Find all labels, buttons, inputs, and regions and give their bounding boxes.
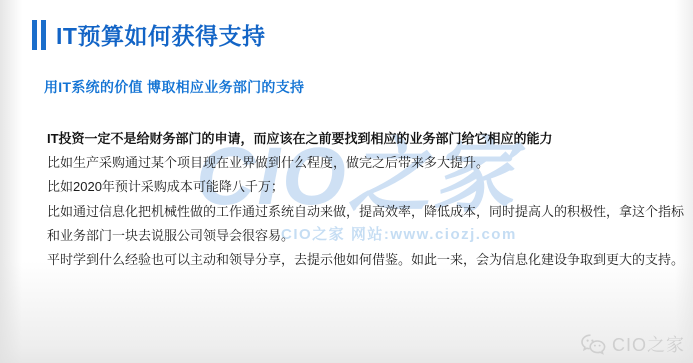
body-paragraph-lead: IT投资一定不是给财务部门的申请，而应该在之前要找到相应的业务部门给它相应的能力 [47,127,687,151]
page-title: IT预算如何获得支持 [56,18,265,51]
body-paragraph: 平时学到什么经验也可以主动和领导分享，去提示他如何借鉴。如此一来，会为信息化建设… [47,248,687,272]
slide-header: IT预算如何获得支持 [32,18,265,51]
accent-bar [41,20,46,50]
slide-body: IT投资一定不是给财务部门的申请，而应该在之前要找到相应的业务部门给它相应的能力… [47,127,687,272]
wechat-icon [580,333,607,356]
body-paragraph: 比如2020年预计采购成本可能降八千万； [47,175,687,199]
footer-brand: CIO之家 [580,331,685,357]
presentation-slide: CIO之家 CIO之家 网站:www.ciozj.com IT预算如何获得支持 … [0,0,693,363]
body-paragraph: 比如生产采购通过某个项目现在业界做到什么程度，做完之后带来多大提升。 [47,151,687,175]
accent-bar [32,20,37,50]
footer-brand-text: CIO之家 [612,331,685,357]
body-paragraph: 比如通过信息化把机械性做的工作通过系统自动来做，提高效率，降低成本，同时提高人的… [47,200,687,224]
slide-subtitle: 用IT系统的价值 博取相应业务部门的支持 [44,77,304,97]
title-accent-bars-icon [32,20,46,50]
body-paragraph: 和业务部门一块去说服公司领导会很容易。 [47,224,687,248]
